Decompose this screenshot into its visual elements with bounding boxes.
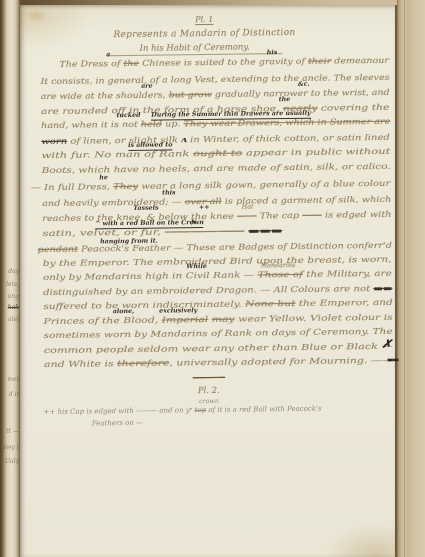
manuscript-line: are wide at the shoulders, but grow grad… — [41, 88, 337, 104]
title-line: Represents a Mandarin of Distinction — [17, 27, 392, 42]
interlinear-insertion: ^ with a red Ball on the Crown — [95, 220, 204, 229]
interlinear-insertion: ++ — [199, 205, 210, 211]
edge-text-fragment: alei — [1, 316, 19, 323]
manuscript-line-text: worn of linen, or slight silk ʌ in Winte… — [41, 132, 390, 146]
manuscript-line: with fur. No man of Rank ought to appear… — [41, 148, 282, 163]
edge-text-fragment: Ualy — [1, 458, 19, 465]
x-mark: ✗ — [381, 336, 392, 351]
manuscript-line-text: are wide at the shoulders, but grow grad… — [41, 88, 390, 101]
edge-text-fragment: tt — — [1, 428, 19, 435]
manuscript-line-text: It consists, in general, of a long Vest,… — [40, 73, 389, 86]
interlinear-insertion: his — [267, 50, 278, 56]
interlinear-insertion: alone, — [113, 309, 135, 315]
interlinear-insertion: Tassels — [133, 206, 158, 212]
manuscript-line-text: ++ his Cap is edged with ——— and on yᵉ t… — [44, 405, 322, 416]
edge-text-fragment: wwy ( — [1, 444, 19, 451]
manuscript-line-text: common people seldom wear any other than… — [44, 342, 393, 355]
manuscript-line-text: sometimes worn by Mandarins of Rank on d… — [44, 327, 393, 340]
manuscript-line: pendant Peacock's Feather — These are Ba… — [38, 242, 330, 258]
manuscript-line: sometimes worn by Mandarins of Rank on d… — [44, 328, 310, 343]
interlinear-insertion: &c. — [298, 82, 310, 88]
interlinear-insertion: tucked — [116, 113, 140, 119]
interlinear-insertion: While — [186, 264, 207, 270]
edge-text-fragment: met — [1, 376, 19, 383]
manuscript-line-text: only by Mandarins high in Civil Rank — T… — [43, 269, 392, 282]
interlinear-insertion: Mandarins — [261, 263, 295, 269]
manuscript-line: hand, when it is not held up. They wear … — [41, 117, 331, 133]
edge-text-fragment: day — [1, 268, 19, 275]
manuscript-line-text: by the Emperor. The embroidered Bird upo… — [43, 255, 392, 268]
manuscript-photo: daylets,unghabaleimetd ittt —wwy (Ualy P… — [0, 0, 425, 557]
manuscript-line: Boots, which have no heels, and are made… — [42, 163, 307, 178]
footer-plate-heading: Pl. 2. — [21, 384, 396, 399]
edge-text-fragment: hab — [1, 304, 19, 311]
manuscript-line: ++ his Cap is edged with ——— and on yᵉ t… — [44, 405, 322, 420]
manuscript-page: Pl. 1 Represents a Mandarin of Distincti… — [20, 5, 397, 557]
interlinear-insertion: the — [279, 97, 291, 103]
interlinear-insertion: he — [99, 175, 108, 181]
manuscript-line-text: distinguished by an embroidered Dragon. … — [43, 284, 392, 297]
margin-mark: ▬▬ — [387, 355, 398, 364]
manuscript-line-text: Boots, which have no heels, and are made… — [42, 162, 391, 175]
manuscript-text: Pl. 1 Represents a Mandarin of Distincti… — [17, 3, 399, 557]
plate-heading: Pl. 1 — [17, 13, 392, 27]
manuscript-line: worn of linen, or slight silk ʌ in Winte… — [41, 133, 320, 148]
manuscript-line: common people seldom wear any other than… — [44, 343, 292, 358]
manuscript-line: and White is therefore, universally adop… — [44, 357, 298, 372]
interlinear-insertion: N. — [191, 220, 199, 226]
manuscript-line-text: suffered to be worn indiscriminately. No… — [43, 298, 393, 311]
subtitle-line: In his Habit of Ceremony. — [107, 42, 282, 56]
manuscript-line-text: Feathers on — — [92, 419, 143, 428]
manuscript-line: It consists, in general, of a long Vest,… — [40, 73, 336, 89]
manuscript-line-text: with fur. No man of Rank ought to appear… — [41, 147, 390, 160]
interlinear-insertion: is allowed to — [128, 142, 172, 150]
interlinear-insertion: a — [106, 52, 110, 58]
manuscript-line-text: and White is therefore, universally adop… — [44, 356, 393, 369]
struck-out-word: ———— — [21, 371, 396, 386]
manuscript-line: only by Mandarins high in Civil Rank — T… — [43, 270, 309, 285]
manuscript-line-text: — In full Dress, They wear a long silk g… — [31, 179, 391, 192]
manuscript-line-text: and heavily embroidered; — over all is p… — [42, 195, 391, 208]
manuscript-line: Feathers on — — [92, 419, 144, 432]
interlinear-insertion: are — [141, 84, 152, 90]
edge-text-fragment: lets, — [1, 281, 19, 288]
interlinear-insertion: exclusively — [159, 308, 197, 314]
manuscript-line: Princes of the Blood, Imperial may wear … — [43, 314, 300, 329]
manuscript-line: and heavily embroidered; — over all is p… — [42, 196, 328, 211]
interlinear-insertion: this — [162, 190, 176, 196]
edge-text-fragment: d it — [1, 391, 19, 398]
book-fore-edge — [397, 0, 425, 557]
manuscript-line-text: pendant Peacock's Feather — These are Ba… — [38, 241, 392, 254]
manuscript-line: The Dress of the Chinese is suited to th… — [59, 56, 336, 71]
manuscript-line: distinguished by an embroidered Dragon. … — [43, 285, 320, 300]
interlinear-insertion: Hat — [242, 204, 254, 210]
manuscript-line: satin, velvet, or fur, —— —— —— ▬▬▬^ wit… — [42, 227, 202, 241]
manuscript-line-text: Princes of the Blood, Imperial may wear … — [43, 313, 392, 326]
interlinear-insertion: crown — [199, 399, 219, 405]
edge-text-fragment: ung — [1, 293, 19, 300]
